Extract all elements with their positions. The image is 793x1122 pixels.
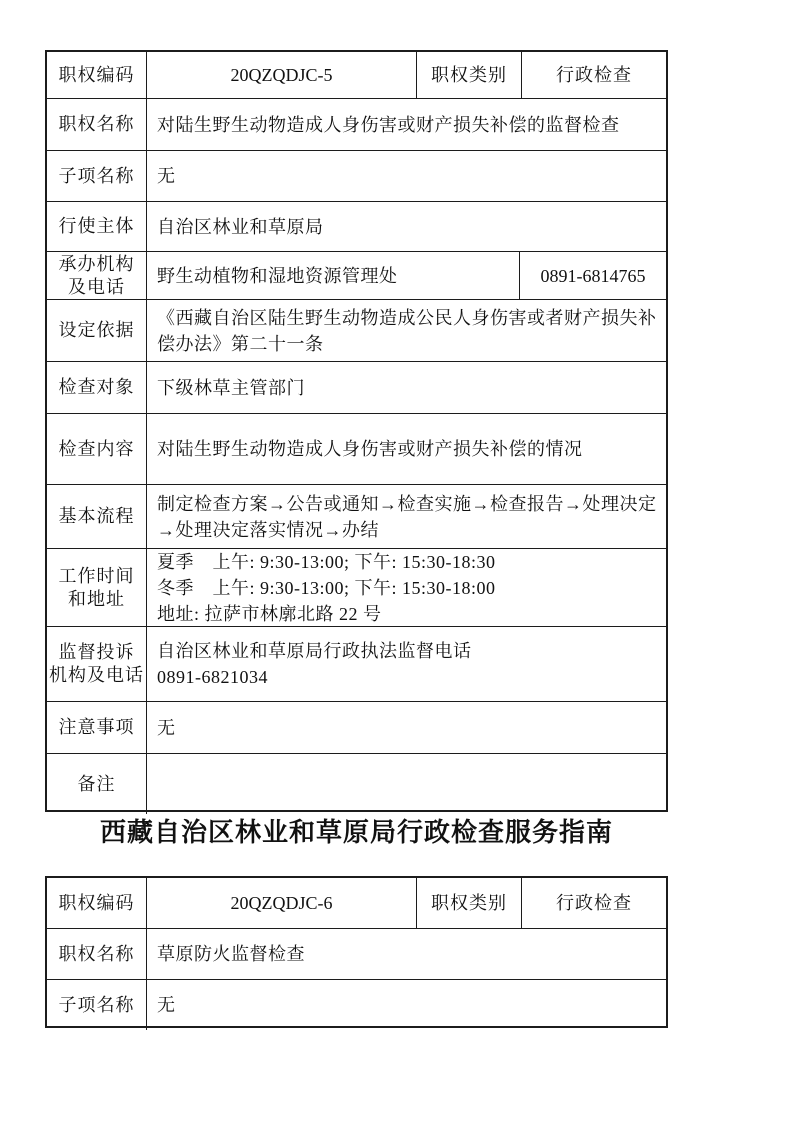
agency-name: 野生动植物和湿地资源管理处 (147, 252, 520, 299)
row-label: 检查对象 (47, 362, 147, 413)
row-label: 设定依据 (47, 300, 147, 361)
row-value: 无 (147, 702, 666, 753)
row-value: 对陆生野生动物造成人身伤害或财产损失补偿的监督检查 (147, 99, 666, 150)
row-value: 《西藏自治区陆生野生动物造成公民人身伤害或者财产损失补偿办法》第二十一条 (147, 300, 666, 361)
table-row-header: 职权编码 20QZQDJC-5 职权类别 行政检查 (47, 52, 666, 99)
authority-code-label: 职权编码 (47, 878, 147, 928)
table-row-inspection-content: 检查内容 对陆生野生动物造成人身伤害或财产损失补偿的情况 (47, 414, 666, 485)
row-value: 自治区林业和草原局行政执法监督电话 0891-6821034 (147, 627, 666, 701)
authority-table-1: 职权编码 20QZQDJC-5 职权类别 行政检查 职权名称 对陆生野生动物造成… (45, 50, 668, 812)
table-row-supervision-complaints: 监督投诉 机构及电话 自治区林业和草原局行政执法监督电话 0891-682103… (47, 627, 666, 702)
row-value: 无 (147, 980, 666, 1030)
row-label: 注意事项 (47, 702, 147, 753)
row-label: 行使主体 (47, 202, 147, 251)
authority-table-2: 职权编码 20QZQDJC-6 职权类别 行政检查 职权名称 草原防火监督检查 … (45, 876, 668, 1028)
row-value: 自治区林业和草原局 (147, 202, 666, 251)
row-label: 子项名称 (47, 980, 147, 1030)
row-label: 职权名称 (47, 929, 147, 979)
authority-type-value: 行政检查 (522, 878, 666, 928)
table-row-notes: 注意事项 无 (47, 702, 666, 754)
row-label: 承办机构 及电话 (47, 252, 147, 299)
authority-type-label: 职权类别 (417, 52, 522, 98)
row-label: 监督投诉 机构及电话 (47, 627, 147, 701)
table-row-header: 职权编码 20QZQDJC-6 职权类别 行政检查 (47, 878, 666, 929)
document-page: 职权编码 20QZQDJC-5 职权类别 行政检查 职权名称 对陆生野生动物造成… (0, 0, 793, 1122)
section-title: 西藏自治区林业和草原局行政检查服务指南 (45, 800, 668, 860)
table-row-authority-name: 职权名称 对陆生野生动物造成人身伤害或财产损失补偿的监督检查 (47, 99, 666, 151)
authority-type-label: 职权类别 (417, 878, 522, 928)
authority-type-value: 行政检查 (522, 52, 666, 98)
row-label: 检查内容 (47, 414, 147, 484)
agency-phone: 0891-6814765 (520, 252, 666, 299)
row-label: 子项名称 (47, 151, 147, 201)
row-label: 基本流程 (47, 485, 147, 548)
row-value: 下级林草主管部门 (147, 362, 666, 413)
row-value: 无 (147, 151, 666, 201)
table-row-legal-basis: 设定依据 《西藏自治区陆生野生动物造成公民人身伤害或者财产损失补偿办法》第二十一… (47, 300, 666, 362)
authority-code-value: 20QZQDJC-6 (147, 878, 417, 928)
table-row-work-hours-address: 工作时间 和地址 夏季 上午: 9:30-13:00; 下午: 15:30-18… (47, 549, 666, 627)
table-row-subitem-name: 子项名称 无 (47, 980, 666, 1030)
table-row-handling-agency: 承办机构 及电话 野生动植物和湿地资源管理处 0891-6814765 (47, 252, 666, 300)
row-label: 职权名称 (47, 99, 147, 150)
row-value: 制定检查方案→公告或通知→检查实施→检查报告→处理决定→处理决定落实情况→办结 (147, 485, 666, 548)
table-row-basic-process: 基本流程 制定检查方案→公告或通知→检查实施→检查报告→处理决定→处理决定落实情… (47, 485, 666, 549)
authority-code-value: 20QZQDJC-5 (147, 52, 417, 98)
table-row-inspection-target: 检查对象 下级林草主管部门 (47, 362, 666, 414)
row-value: 夏季 上午: 9:30-13:00; 下午: 15:30-18:30 冬季 上午… (147, 549, 666, 626)
table-row-authority-name: 职权名称 草原防火监督检查 (47, 929, 666, 980)
row-label: 工作时间 和地址 (47, 549, 147, 626)
row-value: 草原防火监督检查 (147, 929, 666, 979)
table-row-subitem-name: 子项名称 无 (47, 151, 666, 202)
authority-code-label: 职权编码 (47, 52, 147, 98)
table-row-exercising-body: 行使主体 自治区林业和草原局 (47, 202, 666, 252)
row-value: 对陆生野生动物造成人身伤害或财产损失补偿的情况 (147, 414, 666, 484)
